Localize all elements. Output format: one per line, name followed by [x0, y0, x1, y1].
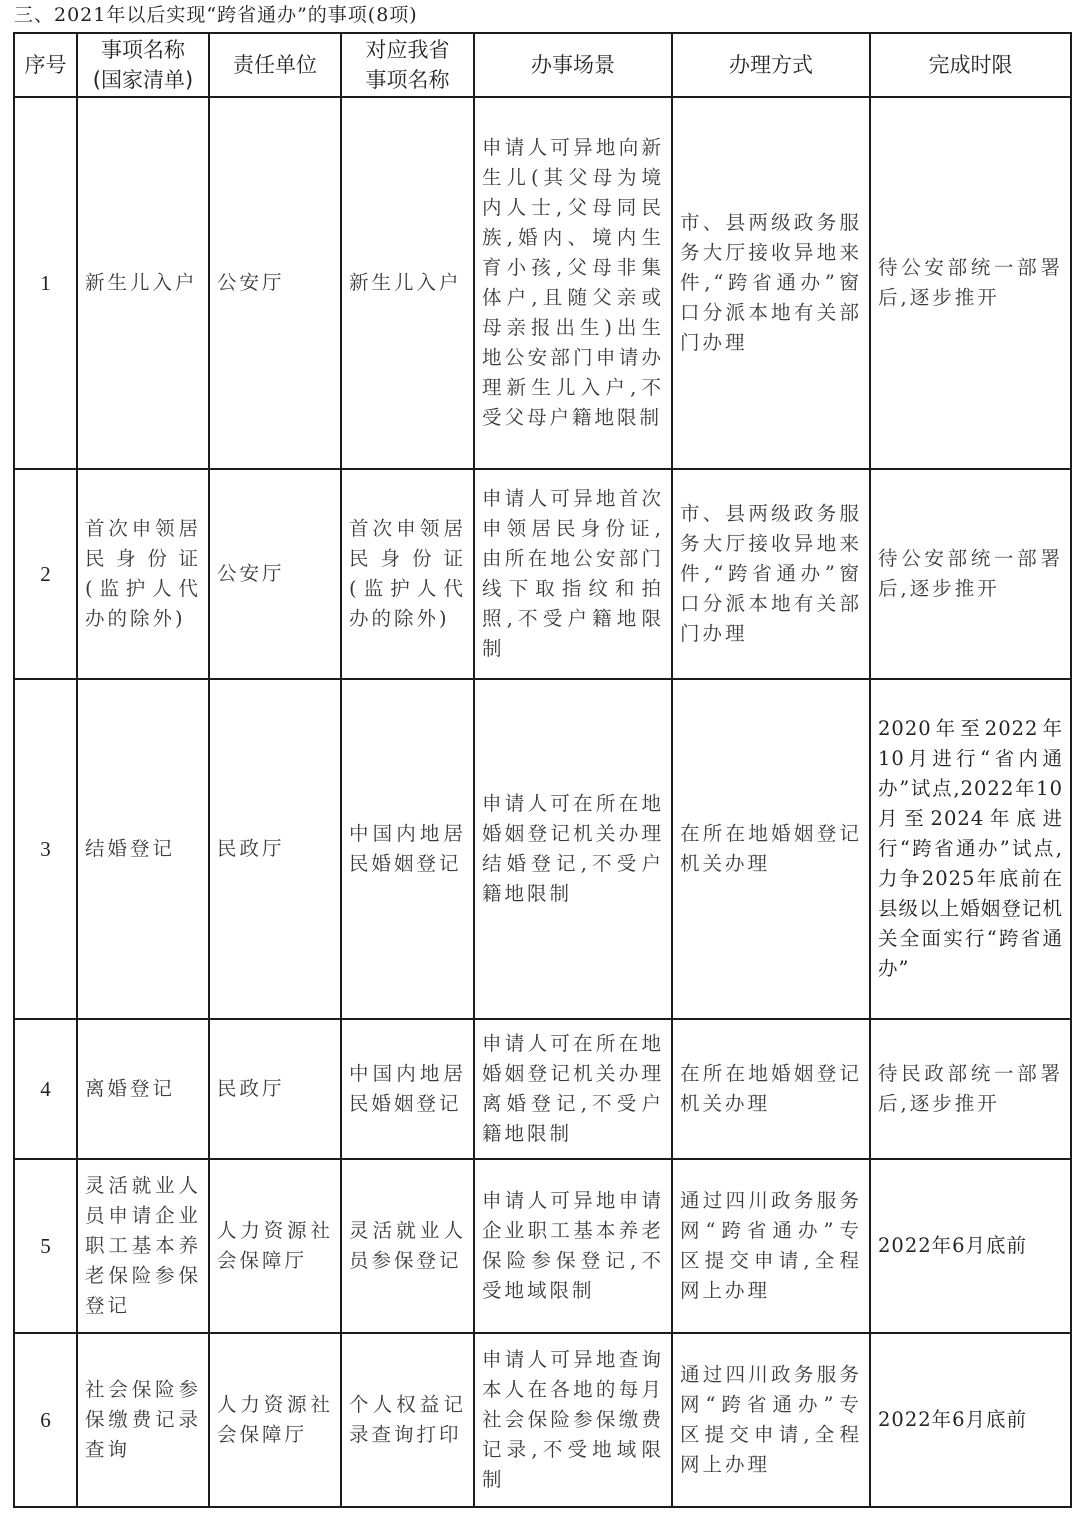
- header-method: 办理方式: [672, 33, 870, 97]
- responsible-unit: 民政厅: [209, 679, 341, 1019]
- row-no: 3: [14, 679, 77, 1019]
- local-item-name: 新生儿入户: [341, 97, 474, 469]
- method: 市、县两级政务服务大厅接收异地来件,“跨省通办”窗口分派本地有关部门办理: [672, 469, 870, 679]
- item-name: 首次申领居民身份证(监护人代办的除外): [77, 469, 209, 679]
- row-no: 2: [14, 469, 77, 679]
- scenario: 申请人可异地申请企业职工基本养老保险参保登记,不受地域限制: [474, 1159, 672, 1333]
- section-title: 三、2021年以后实现“跨省通办”的事项(8项): [14, 2, 418, 28]
- table-row: 5 灵活就业人员申请企业职工基本养老保险参保登记 人力资源社会保障厅 灵活就业人…: [14, 1159, 1071, 1333]
- table-row: 6 社会保险参保缴费记录查询 人力资源社会保障厅 个人权益记录查询打印 申请人可…: [14, 1333, 1071, 1507]
- item-name: 新生儿入户: [77, 97, 209, 469]
- item-name: 结婚登记: [77, 679, 209, 1019]
- table-row: 1 新生儿入户 公安厅 新生儿入户 申请人可异地向新生儿(其父母为境内人士,父母…: [14, 97, 1071, 469]
- item-name: 社会保险参保缴费记录查询: [77, 1333, 209, 1507]
- responsible-unit: 公安厅: [209, 97, 341, 469]
- scenario: 申请人可在所在地婚姻登记机关办理结婚登记,不受户籍地限制: [474, 679, 672, 1019]
- responsible-unit: 民政厅: [209, 1019, 341, 1159]
- scenario: 申请人可在所在地婚姻登记机关办理离婚登记,不受户籍地限制: [474, 1019, 672, 1159]
- method: 市、县两级政务服务大厅接收异地来件,“跨省通办”窗口分派本地有关部门办理: [672, 97, 870, 469]
- deadline: 待公安部统一部署后,逐步推开: [870, 469, 1071, 679]
- deadline: 待民政部统一部署后,逐步推开: [870, 1019, 1071, 1159]
- header-no: 序号: [14, 33, 77, 97]
- item-name: 离婚登记: [77, 1019, 209, 1159]
- local-item-name: 灵活就业人员参保登记: [341, 1159, 474, 1333]
- scenario: 申请人可异地首次申领居民身份证,由所在地公安部门线下取指纹和拍照,不受户籍地限制: [474, 469, 672, 679]
- row-no: 1: [14, 97, 77, 469]
- row-no: 6: [14, 1333, 77, 1507]
- deadline: 2022年6月底前: [870, 1333, 1071, 1507]
- table-row: 2 首次申领居民身份证(监护人代办的除外) 公安厅 首次申领居民身份证(监护人代…: [14, 469, 1071, 679]
- table-row: 4 离婚登记 民政厅 中国内地居民婚姻登记 申请人可在所在地婚姻登记机关办理离婚…: [14, 1019, 1071, 1159]
- scenario: 申请人可异地查询本人在各地的每月社会保险参保缴费记录,不受地域限制: [474, 1333, 672, 1507]
- header-item-name: 事项名称 (国家清单): [77, 33, 209, 97]
- method: 在所在地婚姻登记机关办理: [672, 679, 870, 1019]
- header-row: 序号 事项名称 (国家清单) 责任单位 对应我省 事项名称 办事场景 办理方式 …: [14, 33, 1071, 97]
- row-no: 5: [14, 1159, 77, 1333]
- deadline: 2020年至2022年10月进行“省内通办”试点,2022年10月至2024年底…: [870, 679, 1071, 1019]
- deadline: 待公安部统一部署后,逐步推开: [870, 97, 1071, 469]
- item-name: 灵活就业人员申请企业职工基本养老保险参保登记: [77, 1159, 209, 1333]
- local-item-name: 中国内地居民婚姻登记: [341, 679, 474, 1019]
- header-scenario: 办事场景: [474, 33, 672, 97]
- method: 通过四川政务服务网“跨省通办”专区提交申请,全程网上办理: [672, 1333, 870, 1507]
- local-item-name: 中国内地居民婚姻登记: [341, 1019, 474, 1159]
- responsible-unit: 人力资源社会保障厅: [209, 1333, 341, 1507]
- deadline: 2022年6月底前: [870, 1159, 1071, 1333]
- scenario: 申请人可异地向新生儿(其父母为境内人士,父母同民族,婚内、境内生育小孩,父母非集…: [474, 97, 672, 469]
- local-item-name: 首次申领居民身份证(监护人代办的除外): [341, 469, 474, 679]
- row-no: 4: [14, 1019, 77, 1159]
- method: 通过四川政务服务网“跨省通办”专区提交申请,全程网上办理: [672, 1159, 870, 1333]
- header-local-item-name: 对应我省 事项名称: [341, 33, 474, 97]
- header-deadline: 完成时限: [870, 33, 1071, 97]
- local-item-name: 个人权益记录查询打印: [341, 1333, 474, 1507]
- responsible-unit: 公安厅: [209, 469, 341, 679]
- cross-province-items-table: 序号 事项名称 (国家清单) 责任单位 对应我省 事项名称 办事场景 办理方式 …: [13, 32, 1072, 1508]
- responsible-unit: 人力资源社会保障厅: [209, 1159, 341, 1333]
- table-row: 3 结婚登记 民政厅 中国内地居民婚姻登记 申请人可在所在地婚姻登记机关办理结婚…: [14, 679, 1071, 1019]
- header-responsible-unit: 责任单位: [209, 33, 341, 97]
- method: 在所在地婚姻登记机关办理: [672, 1019, 870, 1159]
